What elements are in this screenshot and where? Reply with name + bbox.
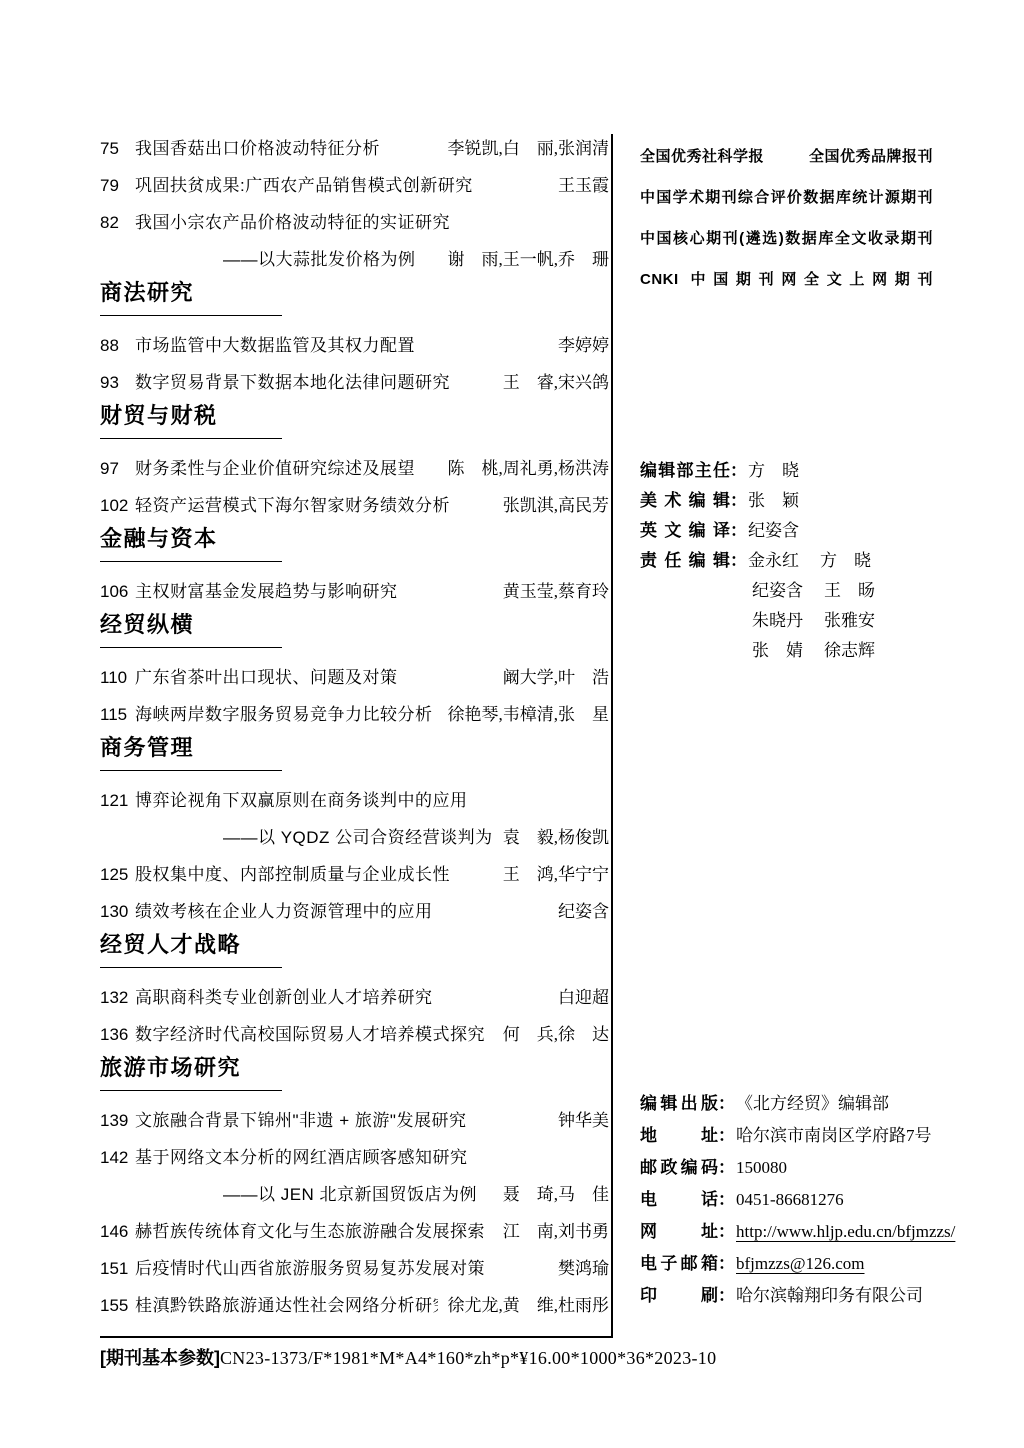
toc-page-number: 130 (100, 893, 135, 930)
toc-page-number: 136 (100, 1016, 135, 1053)
section-heading-label: 金融与资本 (100, 526, 218, 551)
editorial-label: 编辑部主任 (640, 456, 730, 486)
toc-item-title: 赫哲族传统体育文化与生态旅游融合发展探索 (135, 1213, 493, 1250)
editorial-value: 张 婧徐志辉 (752, 641, 875, 660)
toc-item-authors: 纪姿含 (548, 893, 611, 930)
toc-item-authors: 谢 雨,王一帆,乔 珊 (438, 241, 612, 278)
accolade-line: 中国核心期刊(遴选)数据库全文收录期刊 (640, 218, 933, 259)
editorial-value: 纪姿含王 旸 (752, 581, 875, 600)
publication-label: 邮政编码 (640, 1152, 718, 1184)
toc-item-title: 我国小宗农产品价格波动特征的实证研究 (135, 204, 599, 241)
accolade-text: 全国优秀社科学报 (640, 136, 764, 177)
toc-page-number: 132 (100, 979, 135, 1016)
publication-label: 编辑出版 (640, 1088, 718, 1120)
publication-row: 电子邮箱：bfjmzzs@126.com (640, 1248, 933, 1280)
responsible-editors-row: 朱晓丹张雅安 (640, 606, 933, 636)
editorial-row: 编辑部主任：方 晓 (640, 456, 933, 486)
toc-entry: 97财务柔性与企业价值研究综述及展望陈 桃,周礼勇,杨洪涛 (100, 450, 611, 487)
toc-item-authors: 徐尤龙,黄 维,杜雨彤 (438, 1287, 612, 1324)
table-of-contents: 75我国香菇出口价格波动特征分析李锐凯,白 丽,张润清79巩固扶贫成果:广西农产… (100, 130, 611, 1324)
journal-parameters-line: [期刊基本参数]CN23-1373/F*1981*M*A4*160*zh*p*¥… (100, 1346, 660, 1372)
publication-row: 编辑出版：《北方经贸》编辑部 (640, 1088, 933, 1120)
toc-entry: 132高职商科类专业创新创业人才培养研究白迎超 (100, 979, 611, 1016)
toc-item-authors: 钟华美 (548, 1102, 611, 1139)
toc-entry: 79巩固扶贫成果:广西农产品销售模式创新研究王玉霞 (100, 167, 611, 204)
toc-item-title: 主权财富基金发展趋势与影响研究 (135, 573, 493, 610)
toc-item-authors: 聂 琦,马 佳 (493, 1176, 611, 1213)
publication-label: 电子邮箱 (640, 1248, 718, 1280)
toc-entry: 121博弈论视角下双赢原则在商务谈判中的应用 (100, 782, 611, 819)
toc-page-number: 115 (100, 696, 135, 733)
toc-entry: 102轻资产运营模式下海尔智家财务绩效分析张凯淇,高民芳 (100, 487, 611, 524)
publication-label: 地址 (640, 1120, 718, 1152)
toc-item-title: ——以大蒜批发价格为例 (135, 241, 438, 278)
section-heading-label: 财贸与财税 (100, 403, 218, 428)
label-colon: ： (718, 1184, 732, 1216)
section-heading: 财贸与财税 (100, 403, 611, 429)
section-heading-underline (100, 1090, 282, 1091)
label-colon: ： (730, 516, 744, 546)
editorial-label: 美术编辑 (640, 486, 730, 516)
toc-entry: 125股权集中度、内部控制质量与企业成长性王 鸿,华宁宁 (100, 856, 611, 893)
toc-item-authors: 黄玉莹,蔡育玲 (493, 573, 611, 610)
publication-row: 电话：0451-86681276 (640, 1184, 933, 1216)
editor-name: 张雅安 (824, 611, 875, 630)
toc-entry: 82我国小宗农产品价格波动特征的实证研究 (100, 204, 611, 241)
publication-row: 网址：http://www.hljp.edu.cn/bfjmzzs/ (640, 1216, 933, 1248)
toc-item-title: 轻资产运营模式下海尔智家财务绩效分析 (135, 487, 493, 524)
toc-item-authors: 李婷婷 (548, 327, 611, 364)
toc-item-title: 文旅融合背景下锦州"非遗 + 旅游"发展研究 (135, 1102, 548, 1139)
toc-item-title: 巩固扶贫成果:广西农产品销售模式创新研究 (135, 167, 548, 204)
email-link[interactable]: bfjmzzs@126.com (736, 1254, 865, 1273)
label-colon: ： (718, 1088, 732, 1120)
label-colon: ： (718, 1280, 732, 1312)
toc-item-title: 我国香菇出口价格波动特征分析 (135, 130, 438, 167)
toc-item-title: 桂滇黔铁路旅游通达性社会网络分析研究 (135, 1287, 438, 1324)
section-heading-underline (100, 967, 282, 968)
toc-item-title: 股权集中度、内部控制质量与企业成长性 (135, 856, 493, 893)
editorial-value: 方 晓 (748, 461, 799, 480)
editorial-value: 张 颖 (748, 491, 799, 510)
toc-item-authors: 阚大学,叶 浩 (493, 659, 611, 696)
accolade-line: 全国优秀社科学报 全国优秀品牌报刊 (640, 136, 933, 177)
toc-page-number: 139 (100, 1102, 135, 1139)
editor-name: 张 婧 (752, 636, 804, 666)
section-heading-label: 经贸纵横 (100, 612, 194, 637)
toc-entry: ——以 YQDZ 公司合资经营谈判为例袁 毅,杨俊凯 (100, 819, 611, 856)
editor-name: 徐志辉 (824, 641, 875, 660)
editorial-staff-block: 编辑部主任：方 晓美术编辑：张 颖英文编译：纪姿含责任编辑：金永红方 晓纪姿含王… (640, 456, 933, 666)
phone-value: 0451-86681276 (736, 1190, 844, 1209)
address-value: 哈尔滨市南岗区学府路7号 (736, 1126, 932, 1145)
journal-toc-page: 75我国香菇出口价格波动特征分析李锐凯,白 丽,张润清79巩固扶贫成果:广西农产… (0, 0, 1024, 1448)
toc-page-number: 142 (100, 1139, 135, 1176)
responsible-editors-row: 责任编辑：金永红方 晓 (640, 546, 933, 576)
editorial-value: 朱晓丹张雅安 (752, 611, 875, 630)
toc-page-number: 125 (100, 856, 135, 893)
label-colon: ： (730, 486, 744, 516)
label-colon: ： (730, 546, 744, 576)
section-heading: 经贸纵横 (100, 612, 611, 638)
section-heading: 商法研究 (100, 280, 611, 306)
section-heading-underline (100, 438, 282, 439)
right-column: 全国优秀社科学报 全国优秀品牌报刊 中国学术期刊综合评价数据库统计源期刊 中国核… (640, 0, 933, 1448)
journal-accolades: 全国优秀社科学报 全国优秀品牌报刊 中国学术期刊综合评价数据库统计源期刊 中国核… (640, 136, 933, 300)
toc-item-title: 绩效考核在企业人力资源管理中的应用 (135, 893, 548, 930)
toc-entry: 155桂滇黔铁路旅游通达性社会网络分析研究徐尤龙,黄 维,杜雨彤 (100, 1287, 611, 1324)
toc-item-authors: 徐艳琴,韦樟清,张 星 (438, 696, 612, 733)
section-heading-underline (100, 315, 282, 316)
section-heading: 旅游市场研究 (100, 1055, 611, 1081)
toc-page-number: 93 (100, 364, 135, 401)
accolade-line: 中国学术期刊综合评价数据库统计源期刊 (640, 177, 933, 218)
toc-item-authors: 王玉霞 (548, 167, 611, 204)
publication-info-block: 编辑出版：《北方经贸》编辑部地址：哈尔滨市南岗区学府路7号邮政编码：150080… (640, 1088, 933, 1312)
editorial-value: 纪姿含 (748, 521, 799, 540)
editorial-label: 责任编辑 (640, 546, 730, 576)
section-heading: 金融与资本 (100, 526, 611, 552)
label-colon: ： (730, 456, 744, 486)
toc-page-number: 146 (100, 1213, 135, 1250)
toc-page-number: 151 (100, 1250, 135, 1287)
toc-item-authors: 王 睿,宋兴鸽 (493, 364, 611, 401)
toc-page-number: 79 (100, 167, 135, 204)
section-heading-underline (100, 647, 282, 648)
toc-item-authors: 袁 毅,杨俊凯 (493, 819, 611, 856)
editorial-label: 英文编译 (640, 516, 730, 546)
section-heading: 经贸人才战略 (100, 932, 611, 958)
section-heading-underline (100, 561, 282, 562)
toc-entry: 115海峡两岸数字服务贸易竞争力比较分析徐艳琴,韦樟清,张 星 (100, 696, 611, 733)
toc-page-number: 110 (100, 659, 135, 696)
label-colon: ： (718, 1248, 732, 1280)
column-divider-rule (611, 134, 613, 1338)
accolade-line: CNKI 中国期刊网全文上网期刊 (640, 259, 933, 300)
publication-row: 地址：哈尔滨市南岗区学府路7号 (640, 1120, 933, 1152)
editor-name: 王 旸 (824, 581, 875, 600)
toc-entry: ——以 JEN 北京新国贸饭店为例聂 琦,马 佳 (100, 1176, 611, 1213)
editor-name: 纪姿含 (752, 576, 804, 606)
editor-name: 金永红 (748, 546, 800, 576)
publication-label: 网址 (640, 1216, 718, 1248)
toc-page-number: 88 (100, 327, 135, 364)
label-colon: ： (718, 1152, 732, 1184)
editorial-row: 英文编译：纪姿含 (640, 516, 933, 546)
toc-page-number: 106 (100, 573, 135, 610)
toc-entry: 151后疫情时代山西省旅游服务贸易复苏发展对策樊鸿瑜 (100, 1250, 611, 1287)
toc-entry: ——以大蒜批发价格为例谢 雨,王一帆,乔 珊 (100, 241, 611, 278)
publisher-value: 《北方经贸》编辑部 (736, 1094, 889, 1113)
toc-page-number: 121 (100, 782, 135, 819)
toc-item-authors: 江 南,刘书勇 (493, 1213, 611, 1250)
responsible-editors-row: 纪姿含王 旸 (640, 576, 933, 606)
toc-item-title: 数字经济时代高校国际贸易人才培养模式探究 (135, 1016, 493, 1053)
printer-value: 哈尔滨翰翔印务有限公司 (736, 1286, 923, 1305)
section-heading-label: 经贸人才战略 (100, 932, 241, 957)
toc-page-number: 97 (100, 450, 135, 487)
section-heading-label: 商法研究 (100, 280, 194, 305)
accolade-text: 全国优秀品牌报刊 (809, 136, 933, 177)
toc-bottom-rule (100, 1336, 613, 1338)
label-colon: ： (718, 1120, 732, 1152)
toc-item-authors: 李锐凯,白 丽,张润清 (438, 130, 612, 167)
website-link[interactable]: http://www.hljp.edu.cn/bfjmzzs/ (736, 1222, 955, 1241)
toc-item-title: 市场监管中大数据监管及其权力配置 (135, 327, 548, 364)
toc-entry: 139文旅融合背景下锦州"非遗 + 旅游"发展研究钟华美 (100, 1102, 611, 1139)
toc-item-title: 海峡两岸数字服务贸易竞争力比较分析 (135, 696, 438, 733)
toc-entry: 110广东省茶叶出口现状、问题及对策阚大学,叶 浩 (100, 659, 611, 696)
toc-entry: 106主权财富基金发展趋势与影响研究黄玉莹,蔡育玲 (100, 573, 611, 610)
editorial-value: 金永红方 晓 (748, 551, 871, 570)
responsible-editors-row: 张 婧徐志辉 (640, 636, 933, 666)
toc-item-authors: 张凯淇,高民芳 (493, 487, 611, 524)
toc-item-title: ——以 YQDZ 公司合资经营谈判为例 (135, 819, 493, 856)
toc-page-number: 155 (100, 1287, 135, 1324)
editorial-row: 美术编辑：张 颖 (640, 486, 933, 516)
toc-item-title: 高职商科类专业创新创业人才培养研究 (135, 979, 548, 1016)
toc-entry: 146赫哲族传统体育文化与生态旅游融合发展探索江 南,刘书勇 (100, 1213, 611, 1250)
params-label: [期刊基本参数] (100, 1348, 220, 1368)
publication-label: 印刷 (640, 1280, 718, 1312)
toc-item-authors: 王 鸿,华宁宁 (493, 856, 611, 893)
toc-entry: 75我国香菇出口价格波动特征分析李锐凯,白 丽,张润清 (100, 130, 611, 167)
toc-item-authors: 白迎超 (548, 979, 611, 1016)
editor-name: 方 晓 (820, 551, 871, 570)
section-heading-label: 商务管理 (100, 735, 194, 760)
publication-row: 印刷：哈尔滨翰翔印务有限公司 (640, 1280, 933, 1312)
toc-entry: 88市场监管中大数据监管及其权力配置李婷婷 (100, 327, 611, 364)
toc-entry: 130绩效考核在企业人力资源管理中的应用纪姿含 (100, 893, 611, 930)
editor-name: 朱晓丹 (752, 606, 804, 636)
toc-item-authors: 樊鸿瑜 (548, 1250, 611, 1287)
toc-item-title: 博弈论视角下双赢原则在商务谈判中的应用 (135, 782, 599, 819)
toc-item-title: 基于网络文本分析的网红酒店顾客感知研究 (135, 1139, 599, 1176)
section-heading-label: 旅游市场研究 (100, 1055, 241, 1080)
postcode-value: 150080 (736, 1158, 787, 1177)
toc-item-authors: 陈 桃,周礼勇,杨洪涛 (438, 450, 612, 487)
label-colon: ： (718, 1216, 732, 1248)
publication-label: 电话 (640, 1184, 718, 1216)
toc-page-number: 75 (100, 130, 135, 167)
toc-page-number: 102 (100, 487, 135, 524)
toc-item-title: 财务柔性与企业价值研究综述及展望 (135, 450, 438, 487)
toc-item-title: 后疫情时代山西省旅游服务贸易复苏发展对策 (135, 1250, 548, 1287)
toc-entry: 93数字贸易背景下数据本地化法律问题研究王 睿,宋兴鸽 (100, 364, 611, 401)
toc-entry: 142基于网络文本分析的网红酒店顾客感知研究 (100, 1139, 611, 1176)
publication-row: 邮政编码：150080 (640, 1152, 933, 1184)
toc-item-title: 数字贸易背景下数据本地化法律问题研究 (135, 364, 493, 401)
toc-item-title: 广东省茶叶出口现状、问题及对策 (135, 659, 493, 696)
toc-entry: 136数字经济时代高校国际贸易人才培养模式探究何 兵,徐 达 (100, 1016, 611, 1053)
toc-page-number: 82 (100, 204, 135, 241)
section-heading-underline (100, 770, 282, 771)
toc-item-authors: 何 兵,徐 达 (493, 1016, 611, 1053)
toc-item-title: ——以 JEN 北京新国贸饭店为例 (135, 1176, 493, 1213)
section-heading: 商务管理 (100, 735, 611, 761)
